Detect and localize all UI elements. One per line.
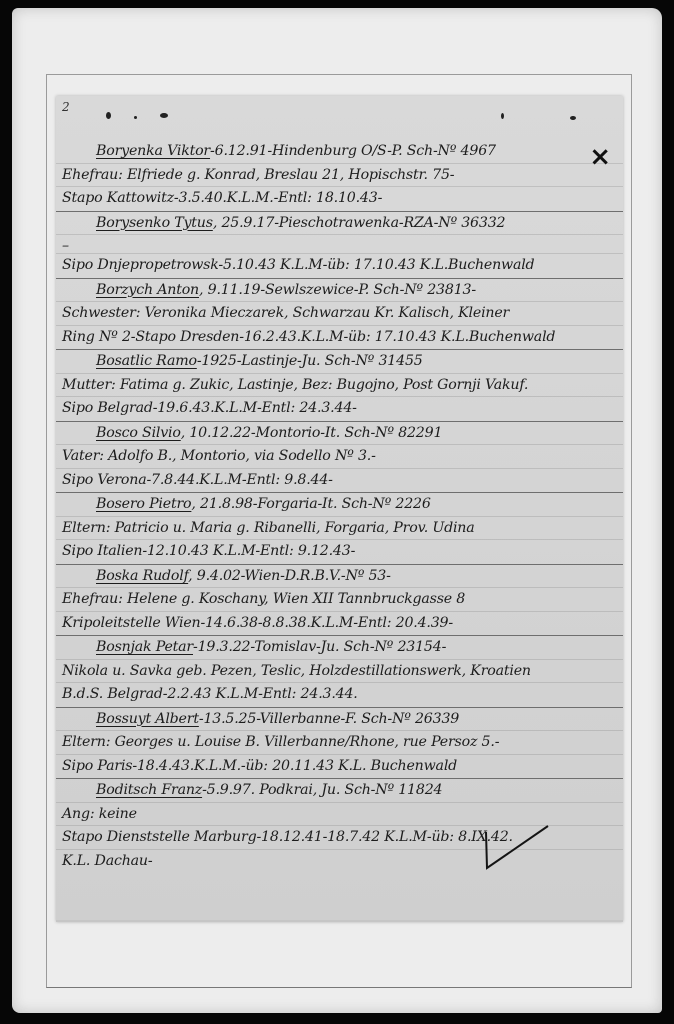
entry-details: , 21.8.98-Forgaria-It. Sch-Nº 2226 [191, 496, 430, 512]
register-entry: Borzych Anton, 9.11.19-Sewlszewice-P. Sc… [56, 279, 623, 351]
ink-spot [134, 116, 137, 119]
register-entry: Boryenka Viktor-6.12.91-Hindenburg O/S-P… [56, 140, 623, 212]
entry-header: Boditsch Franz-5.9.97. Podkrai, Ju. Sch-… [56, 779, 623, 803]
entry-line: Stapo Kattowitz-3.5.40.K.L.M.-Entl: 18.1… [56, 187, 623, 210]
entry-details: , 9.11.19-Sewlszewice-P. Sch-Nº 23813- [199, 282, 476, 298]
entry-line: Sipo Italien-12.10.43 K.L.M-Entl: 9.12.4… [56, 540, 623, 563]
entry-line: Ang: keine [56, 803, 623, 827]
entry-line: Sipo Verona-7.8.44.K.L.M-Entl: 9.8.44- [56, 469, 623, 492]
person-name: Bosatlic Ramo [96, 353, 197, 369]
entry-details: -19.3.22-Tomislav-Ju. Sch-Nº 23154- [193, 639, 446, 655]
entry-header: Boryenka Viktor-6.12.91-Hindenburg O/S-P… [56, 140, 623, 164]
entry-details: -13.5.25-Villerbanne-F. Sch-Nº 26339 [199, 711, 459, 727]
entry-details: , 10.12.22-Montorio-It. Sch-Nº 82291 [181, 425, 443, 441]
entry-line: Sipo Paris-18.4.43.K.L.M.-üb: 20.11.43 K… [56, 755, 623, 778]
entry-details: -5.9.97. Podkrai, Ju. Sch-Nº 11824 [202, 782, 442, 798]
register-entry: Bosnjak Petar-19.3.22-Tomislav-Ju. Sch-N… [56, 636, 623, 708]
entry-header: Boska Rudolf, 9.4.02-Wien-D.R.B.V.-Nº 53… [56, 565, 623, 589]
register-entry: Bosero Pietro, 21.8.98-Forgaria-It. Sch-… [56, 493, 623, 565]
checkmark-icon [482, 824, 552, 874]
entry-header: Bosatlic Ramo-1925-Lastinje-Ju. Sch-Nº 3… [56, 350, 623, 374]
entry-details: -6.12.91-Hindenburg O/S-P. Sch-Nº 4967 [210, 143, 496, 159]
entry-line: Eltern: Georges u. Louise B. Villerbanne… [56, 731, 623, 755]
entry-header: Bosero Pietro, 21.8.98-Forgaria-It. Sch-… [56, 493, 623, 517]
person-name: Boditsch Franz [96, 782, 202, 798]
ink-spot [160, 113, 168, 118]
entry-line: Kripoleitstelle Wien-14.6.38-8.8.38.K.L.… [56, 612, 623, 635]
entry-line: Eltern: Patricio u. Maria g. Ribanelli, … [56, 517, 623, 541]
person-name: Boska Rudolf [96, 568, 188, 584]
entry-line: Ring Nº 2-Stapo Dresden-16.2.43.K.L.M-üb… [56, 326, 623, 349]
cross-mark-icon: × [589, 142, 611, 172]
entry-details: , 9.4.02-Wien-D.R.B.V.-Nº 53- [188, 568, 391, 584]
ink-spot [106, 112, 111, 119]
entry-header: Bossuyt Albert-13.5.25-Villerbanne-F. Sc… [56, 708, 623, 732]
register-entry: Bosco Silvio, 10.12.22-Montorio-It. Sch-… [56, 422, 623, 494]
entry-header: Borysenko Tytus, 25.9.17-Pieschotrawenka… [56, 212, 623, 236]
person-name: Borzych Anton [96, 282, 199, 298]
entry-header: Bosco Silvio, 10.12.22-Montorio-It. Sch-… [56, 422, 623, 446]
person-name: Bosco Silvio [96, 425, 181, 441]
entry-line: Sipo Belgrad-19.6.43.K.L.M-Entl: 24.3.44… [56, 397, 623, 420]
ink-spot [570, 116, 576, 120]
entry-header: Borzych Anton, 9.11.19-Sewlszewice-P. Sc… [56, 279, 623, 303]
register-sheet: 2 Boryenka Viktor-6.12.91-Hindenburg O/S… [56, 96, 623, 922]
register-entry: Bosatlic Ramo-1925-Lastinje-Ju. Sch-Nº 3… [56, 350, 623, 422]
entry-line: Sipo Dnjepropetrowsk-5.10.43 K.L.M-üb: 1… [56, 254, 623, 277]
entry-line: Schwester: Veronika Mieczarek, Schwarzau… [56, 302, 623, 326]
entry-line: Ehefrau: Helene g. Koschany, Wien XII Ta… [56, 588, 623, 612]
person-name: Boryenka Viktor [96, 143, 210, 159]
entry-line: Ehefrau: Elfriede g. Konrad, Breslau 21,… [56, 164, 623, 188]
person-name: Borysenko Tytus [96, 215, 213, 231]
register-entry: Boska Rudolf, 9.4.02-Wien-D.R.B.V.-Nº 53… [56, 565, 623, 637]
entry-line: Nikola u. Savka geb. Pezen, Teslic, Holz… [56, 660, 623, 684]
entry-details: , 25.9.17-Pieschotrawenka-RZA-Nº 36332 [213, 215, 506, 231]
entry-details: -1925-Lastinje-Ju. Sch-Nº 31455 [197, 353, 423, 369]
entry-line: Mutter: Fatima g. Zukic, Lastinje, Bez: … [56, 374, 623, 398]
entry-line: – [56, 235, 623, 254]
person-name: Bossuyt Albert [96, 711, 199, 727]
entry-header: Bosnjak Petar-19.3.22-Tomislav-Ju. Sch-N… [56, 636, 623, 660]
person-name: Bosnjak Petar [96, 639, 193, 655]
entry-line: Vater: Adolfo B., Montorio, via Sodello … [56, 445, 623, 469]
ink-spot [501, 113, 504, 119]
page-number: 2 [62, 100, 70, 114]
entry-line: B.d.S. Belgrad-2.2.43 K.L.M-Entl: 24.3.4… [56, 683, 623, 706]
register-entries: Boryenka Viktor-6.12.91-Hindenburg O/S-P… [56, 140, 623, 873]
person-name: Bosero Pietro [96, 496, 191, 512]
register-entry: Borysenko Tytus, 25.9.17-Pieschotrawenka… [56, 212, 623, 279]
register-entry: Bossuyt Albert-13.5.25-Villerbanne-F. Sc… [56, 708, 623, 780]
